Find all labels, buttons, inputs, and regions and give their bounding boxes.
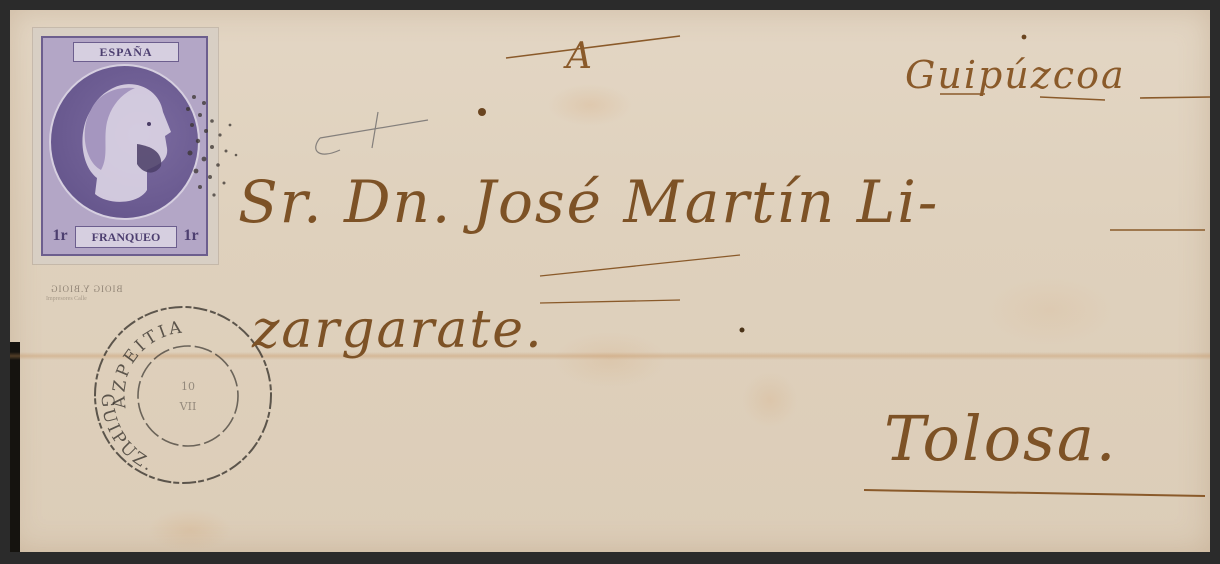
stamp-value-right: 1r (180, 224, 202, 248)
address-line-2: zargarate. (252, 300, 544, 360)
paper-edge-shadow (10, 342, 20, 552)
svg-text:10: 10 (181, 380, 195, 393)
destination-city: Tolosa. (884, 402, 1118, 475)
svg-text:VII: VII (179, 400, 197, 413)
stamp-country-label: ESPAÑA (73, 42, 179, 62)
printer-imprint-subtext: Impresores Calle (46, 296, 87, 302)
stamp-value-left: 1r (49, 224, 71, 248)
stamp-portrait (49, 64, 200, 220)
postmark-town: AZPEITIA (109, 317, 186, 410)
address-line-1: Sr. Dn. José Martín Li- (238, 168, 939, 236)
stamp-bottom-label: FRANQUEO (75, 226, 177, 248)
svg-text:AZPEITIA: AZPEITIA (109, 317, 186, 410)
printer-imprint: BIOIG Y.BIOIG (50, 284, 123, 294)
town-postmark: AZPEITIA GUIPUZ. 10 VII (88, 298, 278, 493)
